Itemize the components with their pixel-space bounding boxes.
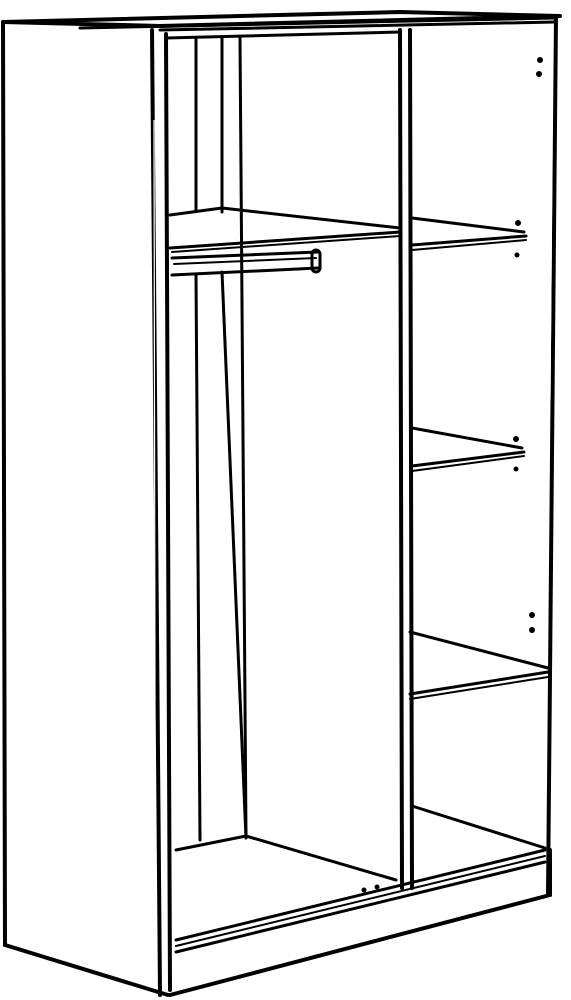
left-shelf [170, 208, 400, 252]
bottom-panel [170, 806, 550, 995]
hanging-rail [172, 250, 320, 275]
middle-divider [400, 30, 412, 888]
top-panel [3, 12, 560, 30]
left-side-panel [3, 22, 170, 995]
right-shelf-1 [412, 218, 526, 250]
wardrobe-illustration [0, 0, 571, 1000]
right-shelf-2 [412, 428, 524, 471]
wardrobe-diagram [0, 0, 571, 1000]
pin-holes [362, 57, 544, 893]
right-side-panel [548, 16, 556, 895]
right-shelf-3 [410, 632, 548, 699]
back-uprights [166, 32, 400, 840]
